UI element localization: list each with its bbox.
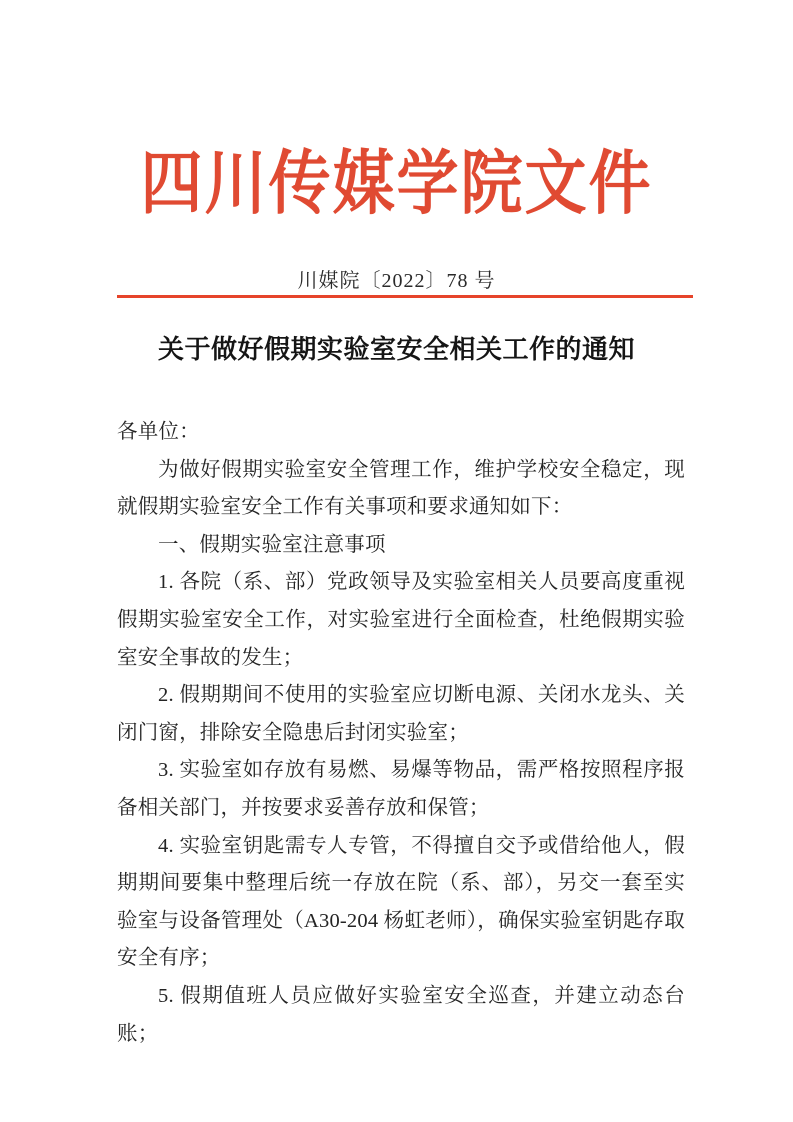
item-1: 1. 各院（系、部）党政领导及实验室相关人员要高度重视假期实验室安全工作，对实验… [117, 564, 685, 677]
document-number: 川媒院〔2022〕78 号 [0, 269, 793, 293]
salutation: 各单位： [117, 414, 685, 452]
item-3: 3. 实验室如存放有易燃、易爆等物品，需严格按照程序报备相关部门，并按要求妥善存… [117, 752, 685, 827]
letterhead-title: 四川传媒学院文件 [0, 140, 793, 230]
document-body: 各单位： 为做好假期实验室安全管理工作，维护学校安全稳定，现就假期实验室安全工作… [117, 414, 685, 1053]
document-page: 四川传媒学院文件 川媒院〔2022〕78 号 关于做好假期实验室安全相关工作的通… [0, 0, 793, 1122]
item-5: 5. 假期值班人员应做好实验室安全巡查，并建立动态台账； [117, 978, 685, 1053]
item-2: 2. 假期期间不使用的实验室应切断电源、关闭水龙头、关闭门窗，排除安全隐患后封闭… [117, 677, 685, 752]
document-title: 关于做好假期实验室安全相关工作的通知 [0, 333, 793, 367]
item-4: 4. 实验室钥匙需专人专管，不得擅自交予或借给他人，假期期间要集中整理后统一存放… [117, 828, 685, 978]
red-divider-line [117, 295, 693, 298]
paragraph-intro: 为做好假期实验室安全管理工作，维护学校安全稳定，现就假期实验室安全工作有关事项和… [117, 452, 685, 527]
section-heading: 一、假期实验室注意事项 [117, 527, 685, 565]
